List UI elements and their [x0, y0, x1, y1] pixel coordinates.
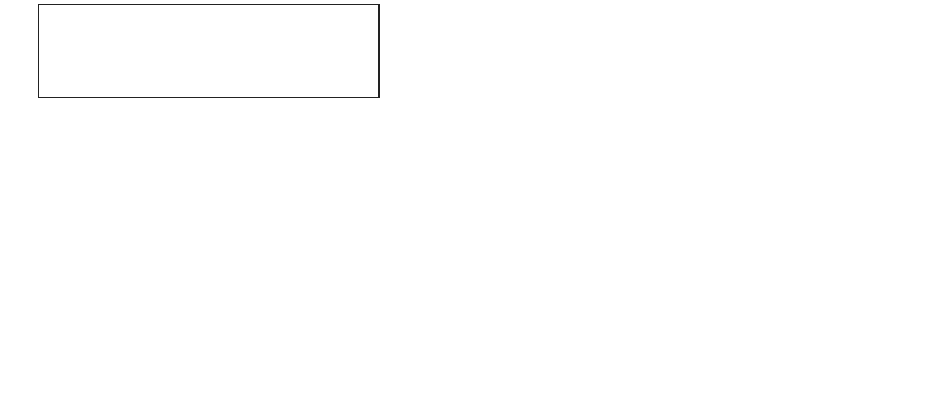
flow-step-s102 — [38, 4, 379, 98]
